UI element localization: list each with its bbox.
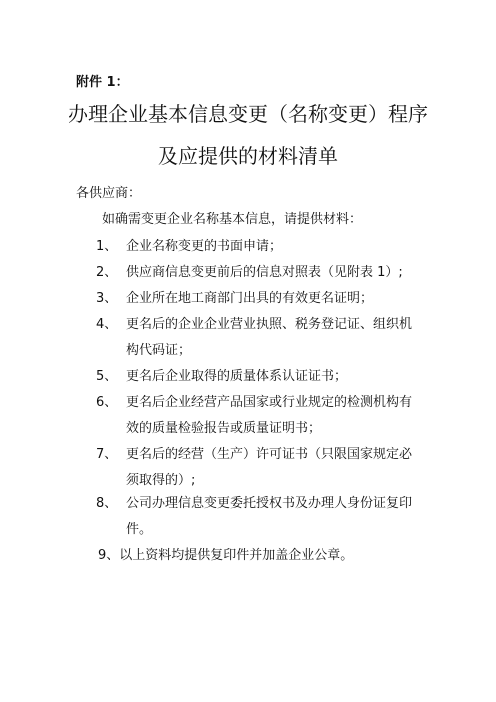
item-number: 3、 [96,287,117,306]
item-number: 8、 [96,492,117,511]
intro-text: 如确需变更企业名称基本信息，请提供材料： [102,208,362,227]
item-text: 企业所在地工商部门出具的有效更名证明； [126,287,373,306]
item-text: 更名后的经营（生产）许可证书（只限国家规定必 [126,443,412,462]
document-title-line1: 办理企业基本信息变更（名称变更）程序 [0,98,496,127]
item-text-continued: 效的质量检验报告或质量证明书； [126,417,321,436]
item-text: 更名后企业经营产品国家或行业规定的检测机构有 [126,391,412,410]
item-text-continued: 件。 [126,518,152,537]
item-number: 1、 [96,235,117,254]
item-text: 企业名称变更的书面申请； [126,235,282,254]
item-number: 2、 [96,261,117,280]
item-text: 更名后企业取得的质量体系认证证书； [126,365,347,384]
item-text-continued: 构代码证； [126,339,191,358]
item-text: 供应商信息变更前后的信息对照表（见附表 1）; [126,261,403,280]
document-title-line2: 及应提供的材料清单 [0,140,496,169]
item-number: 4、 [96,313,117,332]
item-number: 5、 [96,365,117,384]
final-note: 9、以上资料均提供复印件并加盖企业公章。 [98,544,353,563]
item-number: 7、 [96,443,117,462]
attachment-label: 附件 1： [76,71,129,90]
item-text-continued: 须取得的）; [126,469,195,488]
greeting: 各供应商： [76,182,141,201]
item-number: 6、 [96,391,117,410]
item-text: 更名后的企业企业营业执照、税务登记证、组织机 [126,313,412,332]
item-text: 公司办理信息变更委托授权书及办理人身份证复印 [126,492,412,511]
